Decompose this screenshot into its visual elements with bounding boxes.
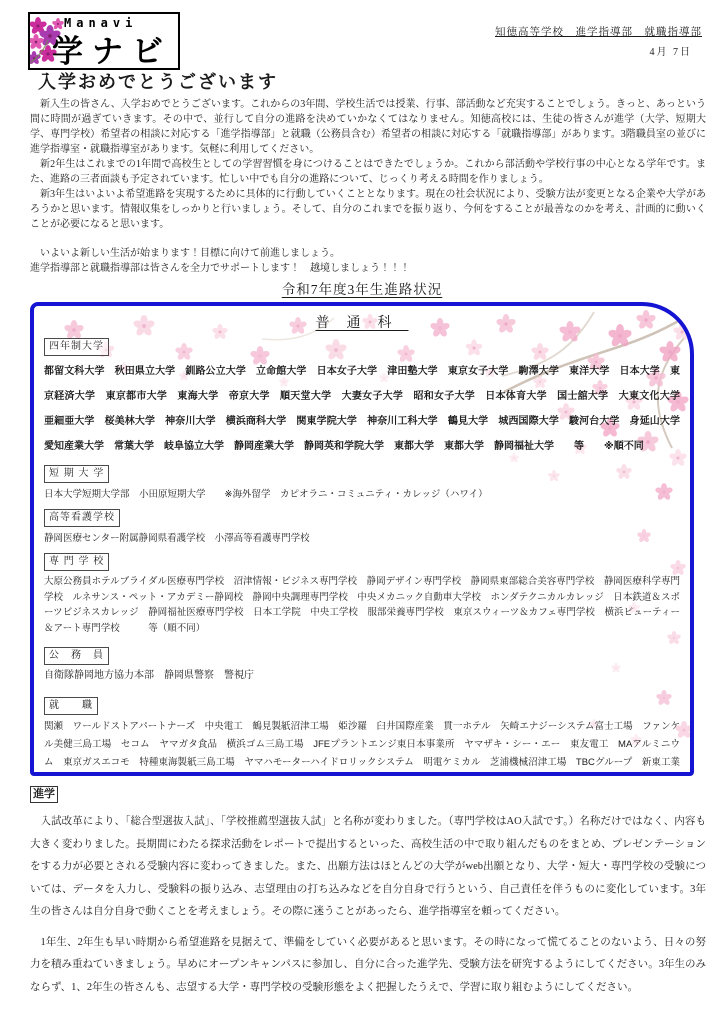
category-employment: 就 職 関瀬 ワールドストアパートナーズ 中央電工 鶴見製紙沼津工場 姫沙羅 臼… (44, 694, 680, 776)
closing-lines: いよいよ新しい生活が始まります！目標に向けて前進しましょう。 進学指導部と就職指… (30, 246, 706, 276)
category-list-vocational-schools: 大原公務員ホテルブライダル医療専門学校 沼津情報・ビジネス専門学校 静岡デザイン… (44, 574, 680, 636)
category-list-employment: 関瀬 ワールドストアパートナーズ 中央電工 鶴見製紙沼津工場 姫沙羅 臼井国際産… (44, 718, 680, 776)
category-label-civil-service: 公 務 員 (44, 647, 109, 665)
issue-date: 4月 7日 (495, 43, 702, 58)
closing-line: 進学指導部と就職指導部は皆さんを全力でサポートします！ 越境しましょう！！！ (30, 261, 706, 276)
logo-title: 学ナビ (52, 26, 172, 70)
intro-paragraph: 新入生の皆さん、入学おめでとうございます。これからの3年間、学校生活では授業、行… (30, 97, 706, 157)
greeting-heading: 入学おめでとうございます (38, 68, 278, 94)
category-label-junior-colleges: 短 期 大 学 (44, 465, 109, 483)
newsletter-page: Manavi 学ナビ 知徳高等学校 進学指導部 就職指導部 4月 7日 入学おめ… (0, 0, 724, 1024)
category-list-nursing-schools: 静岡医療センター附属静岡県看護学校 小澤高等看護専門学校 (44, 530, 680, 547)
logo-box: Manavi 学ナビ (28, 12, 180, 70)
results-content: 普通科 四年制大学 都留文科大学 秋田県立大学 釧路公立大学 立命館大学 日本女… (34, 306, 690, 776)
closing-line: いよいよ新しい生活が始まります！目標に向けて前進しましょう。 (30, 246, 706, 261)
category-list-junior-colleges: 日本大学短期大学部 小田原短期大学 ※海外留学 カピオラニ・コミュニティ・カレッ… (44, 486, 680, 503)
category-vocational-schools: 専 門 学 校 大原公務員ホテルブライダル医療専門学校 沼津情報・ビジネス専門学… (44, 550, 680, 636)
shingaku-paragraph: 入試改革により、「総合型選抜入試」、「学校推薦型選抜入試」と名称が変わりました。… (30, 811, 706, 924)
shingaku-section: 進学 入試改革により、「総合型選抜入試」、「学校推薦型選抜入試」と名称が変わりま… (30, 784, 706, 1007)
category-label-universities: 四年制大学 (44, 338, 109, 356)
category-label-vocational-schools: 専 門 学 校 (44, 553, 109, 571)
shingaku-paragraph: 1年生、2年生も早い時期から希望進路を見据えて、準備をしていく必要があると思いま… (30, 932, 706, 1000)
category-universities: 四年制大学 都留文科大学 秋田県立大学 釧路公立大学 立命館大学 日本女子大学 … (44, 335, 680, 459)
course-section-title: 普通科 (44, 312, 680, 332)
category-label-nursing-schools: 高等看護学校 (44, 509, 120, 527)
intro-paragraph: 新3年生はいよいよ希望進路を実現するために具体的に行動していくこととなります。現… (30, 187, 706, 232)
category-nursing-schools: 高等看護学校 静岡医療センター附属静岡県看護学校 小澤高等看護専門学校 (44, 506, 680, 547)
category-list-civil-service: 自衛隊静岡地方協力本部 静岡県警察 警視庁 (44, 668, 680, 684)
results-title: 令和7年度3年生進路状況 (0, 278, 724, 298)
category-list-universities: 都留文科大学 秋田県立大学 釧路公立大学 立命館大学 日本女子大学 津田塾大学 … (44, 359, 680, 459)
category-civil-service: 公 務 員 自衛隊静岡地方協力本部 静岡県警察 警視庁 (44, 644, 680, 684)
category-junior-colleges: 短 期 大 学 日本大学短期大学部 小田原短期大学 ※海外留学 カピオラニ・コミ… (44, 462, 680, 503)
category-label-employment: 就 職 (44, 697, 98, 715)
header-org-block: 知徳高等学校 進学指導部 就職指導部 4月 7日 (495, 24, 702, 58)
intro-paragraph: 新2年生はこれまでの1年間で高校生としての学習習慣を身につけることはできたでしょ… (30, 157, 706, 187)
shingaku-label: 進学 (30, 786, 58, 803)
intro-section: 新入生の皆さん、入学おめでとうございます。これからの3年間、学校生活では授業、行… (30, 97, 706, 276)
results-box: 普通科 四年制大学 都留文科大学 秋田県立大学 釧路公立大学 立命館大学 日本女… (30, 302, 694, 776)
org-name: 知徳高等学校 進学指導部 就職指導部 (495, 24, 702, 39)
